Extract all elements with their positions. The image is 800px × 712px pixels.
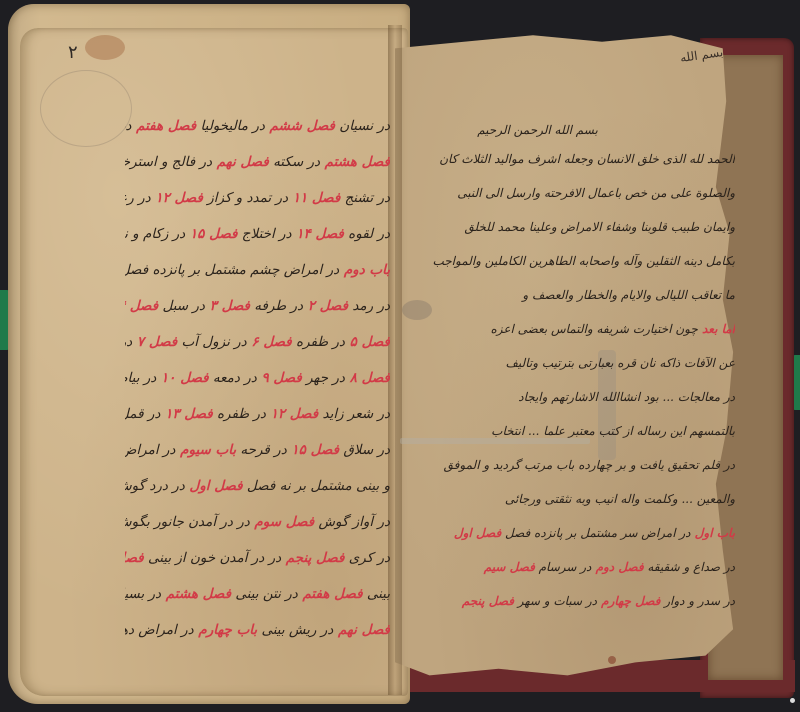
body-text: در امراض دهان <box>125 622 194 638</box>
body-text: در امراض گوش <box>125 442 175 458</box>
rubric-heading: فصل ۵ <box>345 334 390 350</box>
body-text: در فالج و استرخا <box>125 154 212 170</box>
body-text: والصلوة علی من خص باعمال الافرحته وارسل … <box>457 186 735 200</box>
manuscript-line: فصل ۸ در جهر فصل ۹ در دمعه فصل ۱۰ در بیا… <box>125 360 390 396</box>
body-text: در در آمدن خون از بینی <box>144 550 281 566</box>
rubric-heading: فصل هشتم <box>320 154 390 170</box>
body-text: بکامل دینه الثقلین وآله واصحابه الطاهرین… <box>432 254 735 268</box>
left-page-text: در نسیان فصل ششم در مالیخولیا فصل هفتم د… <box>125 108 390 648</box>
manuscript-line: والصلوة علی من خص باعمال الافرحته وارسل … <box>400 176 735 210</box>
rubric-heading: فصل اول <box>454 526 501 540</box>
rubric-heading: فصل ۷ <box>132 334 177 350</box>
rubric-heading: فصل ۸ <box>345 370 390 386</box>
rubric-heading: فصل ۱۳ <box>160 406 212 422</box>
body-text: در ظفره <box>292 334 345 350</box>
manuscript-line: در کری فصل پنجم در در آمدن خون از بینی ف… <box>125 540 390 576</box>
rubric-heading: باب اول <box>691 526 736 540</box>
manuscript-line: در آواز گوش فصل سوم در در آمدن جانور بگو… <box>125 504 390 540</box>
body-text: وایمان طبیب قلوبنا وشفاء الامراض وعلینا … <box>464 220 735 234</box>
manuscript-line: در نسیان فصل ششم در مالیخولیا فصل هفتم د… <box>125 108 390 144</box>
rubric-heading: فصل ۳ <box>205 298 250 314</box>
manuscript-line: فصل ۵ در ظفره فصل ۶ در نزول آب فصل ۷ در … <box>125 324 390 360</box>
body-text: در ظفره <box>213 406 266 422</box>
body-text: والمعین ... وکلمت واله انیب وبه نثقتی ور… <box>505 492 735 506</box>
folio-number: ۲ <box>68 42 78 63</box>
manuscript-line: باب اول در امراض سر مشتمل بر پانزده فصل … <box>400 516 735 550</box>
body-text: در رعشه <box>125 190 151 206</box>
body-text: در آواز گوش <box>314 514 390 530</box>
body-text: در امراض سر مشتمل بر پانزده فصل <box>501 526 690 540</box>
manuscript-line: در شعر زاید فصل ۱۲ در ظفره فصل ۱۳ در قمل… <box>125 396 390 432</box>
rubric-heading: فصل هشتم <box>161 586 231 602</box>
body-text: در بسیاری عطسه <box>125 586 161 602</box>
body-text: در تمدد و کزاز <box>203 190 288 206</box>
light-speck <box>790 698 795 703</box>
rubric-heading: فصل پنجم <box>281 550 344 566</box>
manuscript-line: در رمد فصل ۲ در طرفه فصل ۳ در سبل فصل ۴ … <box>125 288 390 324</box>
body-text: ما تعاقب اللیالی والایام والخطار والعصف … <box>522 288 735 302</box>
manuscript-line: در قلم تحقیق یافت و بر چهارده باب مرتب گ… <box>400 448 735 482</box>
manuscript-line: در صداع و شقیقه فصل دوم در سرسام فصل سیم <box>400 550 735 584</box>
manuscript-line: فصل هشتم در سکته فصل نهم در فالج و استرخ… <box>125 144 390 180</box>
rubric-heading: فصل اول <box>185 478 243 494</box>
body-text: در نزول آب <box>177 334 246 350</box>
manuscript-line: عن الآفات ذاکه نان قره بعبارتی بترتیب وت… <box>400 346 735 380</box>
manuscript-line: ما تعاقب اللیالی والایام والخطار والعصف … <box>400 278 735 312</box>
body-text: در مالیخولیا <box>196 118 265 134</box>
body-text: در معالجات ... بود انشاالله الاشارتهم وا… <box>518 390 735 404</box>
rubric-heading: فصل ۱۰ <box>156 370 208 386</box>
rubric-heading: باب دوم <box>339 262 390 278</box>
body-text: در قرحه <box>236 442 287 458</box>
manuscript-line: والمعین ... وکلمت واله انیب وبه نثقتی ور… <box>400 482 735 516</box>
body-text: در تشنج <box>340 190 390 206</box>
rubric-heading: فصل ششم <box>125 550 144 566</box>
rubric-heading: فصل نهم <box>333 622 390 638</box>
manuscript-line: در لقوه فصل ۱۴ در اختلاج فصل ۱۵ در زکام … <box>125 216 390 252</box>
rubric-heading: فصل پنجم <box>462 594 514 608</box>
right-page-text: بسم الله الرحمن الرحیم الحمد لله الذی خل… <box>400 118 735 618</box>
rubric-heading: فصل ۶ <box>247 334 292 350</box>
manuscript-line: اما بعد چون اختیارت شریفه والتماس بعضی ا… <box>400 312 735 346</box>
body-text: در زکام و نزله <box>125 226 185 242</box>
body-text: در لقوه <box>344 226 390 242</box>
body-text: در قلم تحقیق یافت و بر چهارده باب مرتب گ… <box>444 458 735 472</box>
body-text: در درد گوش <box>125 478 185 494</box>
body-text: در کری <box>344 550 390 566</box>
manuscript-line: بالتمسهم این رساله از کتب معتبر علما ...… <box>400 414 735 448</box>
rubric-heading: اما بعد <box>698 322 735 336</box>
manuscript-line: و بینی مشتمل بر نه فصل فصل اول در درد گو… <box>125 468 390 504</box>
manuscript-line: بکامل دینه الثقلین وآله واصحابه الطاهرین… <box>400 244 735 278</box>
body-text: در دمعه <box>209 370 257 386</box>
rubric-heading: فصل هفتم <box>131 118 196 134</box>
manuscript-line: در سلاق فصل ۱۵ در قرحه باب سیوم در امراض… <box>125 432 390 468</box>
body-text: و بینی مشتمل بر نه فصل <box>243 478 390 494</box>
body-text: در سدر و دوار <box>660 594 735 608</box>
body-text: در صداع و شقیقه <box>644 560 735 574</box>
manuscript-line: در سدر و دوار فصل چهارم در سبات و سهر فص… <box>400 584 735 618</box>
rubric-heading: فصل ۱۵ <box>185 226 237 242</box>
body-text: در سبل <box>158 298 205 314</box>
body-text: عن الآفات ذاکه نان قره بعبارتی بترتیب وت… <box>506 356 736 370</box>
body-text: در در آمدن جانور بگوش <box>125 514 250 530</box>
rubric-heading: فصل ۱۵ <box>287 442 339 458</box>
rubric-heading: فصل ۲ <box>303 298 348 314</box>
rubric-heading: فصل سیم <box>484 560 535 574</box>
rubric-heading: فصل ۱۱ <box>288 190 340 206</box>
rubric-heading: فصل ۱۲ <box>151 190 203 206</box>
body-text: در سکته <box>269 154 320 170</box>
body-text: در سرسام <box>535 560 592 574</box>
body-text: در نتن بینی <box>231 586 298 602</box>
manuscript-line: بینی فصل هفتم در نتن بینی فصل هشتم در بس… <box>125 576 390 612</box>
body-text: بالتمسهم این رساله از کتب معتبر علما ...… <box>491 424 735 438</box>
bismillah-heading: بسم الله الرحمن الرحیم <box>400 118 735 142</box>
manuscript-line: در معالجات ... بود انشاالله الاشارتهم وا… <box>400 380 735 414</box>
manuscript-line: در تشنج فصل ۱۱ در تمدد و کزاز فصل ۱۲ در … <box>125 180 390 216</box>
body-text: در رمد <box>348 298 390 314</box>
rubric-heading: فصل دوم <box>591 560 643 574</box>
body-text: در قمل <box>125 406 160 422</box>
body-text: در شعر زاید <box>318 406 390 422</box>
rubric-heading: فصل ۹ <box>257 370 302 386</box>
rubric-heading: فصل ۱۲ <box>266 406 318 422</box>
body-text: الحمد لله الذی خلق الانسان وجعله اشرف مو… <box>439 152 735 166</box>
manuscript-line: باب دوم در امراض چشم مشتمل بر پانزده فصل… <box>125 252 390 288</box>
rubric-heading: فصل ۱۴ <box>292 226 344 242</box>
rubric-heading: فصل هفتم <box>298 586 363 602</box>
body-text: در بیاض <box>125 370 156 386</box>
body-text: در ریش بینی <box>257 622 333 638</box>
body-text: در سبات و سهر <box>514 594 597 608</box>
rubric-heading: فصل ششم <box>265 118 335 134</box>
body-text: چون اختیارت شریفه والتماس بعضی اعزه <box>490 322 697 336</box>
rubric-heading: فصل نهم <box>212 154 269 170</box>
rubric-heading: باب سیوم <box>175 442 236 458</box>
body-text: در جهر <box>302 370 345 386</box>
body-text: بینی <box>363 586 390 602</box>
body-text: در سلاق <box>339 442 390 458</box>
manuscript-line: فصل نهم در ریش بینی باب چهارم در امراض د… <box>125 612 390 648</box>
rubric-heading: فصل چهارم <box>597 594 660 608</box>
body-text: در نسیان <box>335 118 390 134</box>
rubric-heading: باب چهارم <box>194 622 258 638</box>
manuscript-line: الحمد لله الذی خلق الانسان وجعله اشرف مو… <box>400 142 735 176</box>
body-text: در امراض چشم مشتمل بر پانزده فصل <box>125 262 339 278</box>
rubric-heading: فصل ۴ <box>125 298 158 314</box>
manuscript-line: وایمان طبیب قلوبنا وشفاء الامراض وعلینا … <box>400 210 735 244</box>
body-text: در طرفه <box>250 298 303 314</box>
rubric-heading: فصل سوم <box>250 514 314 530</box>
body-text: در اختلاج <box>238 226 292 242</box>
